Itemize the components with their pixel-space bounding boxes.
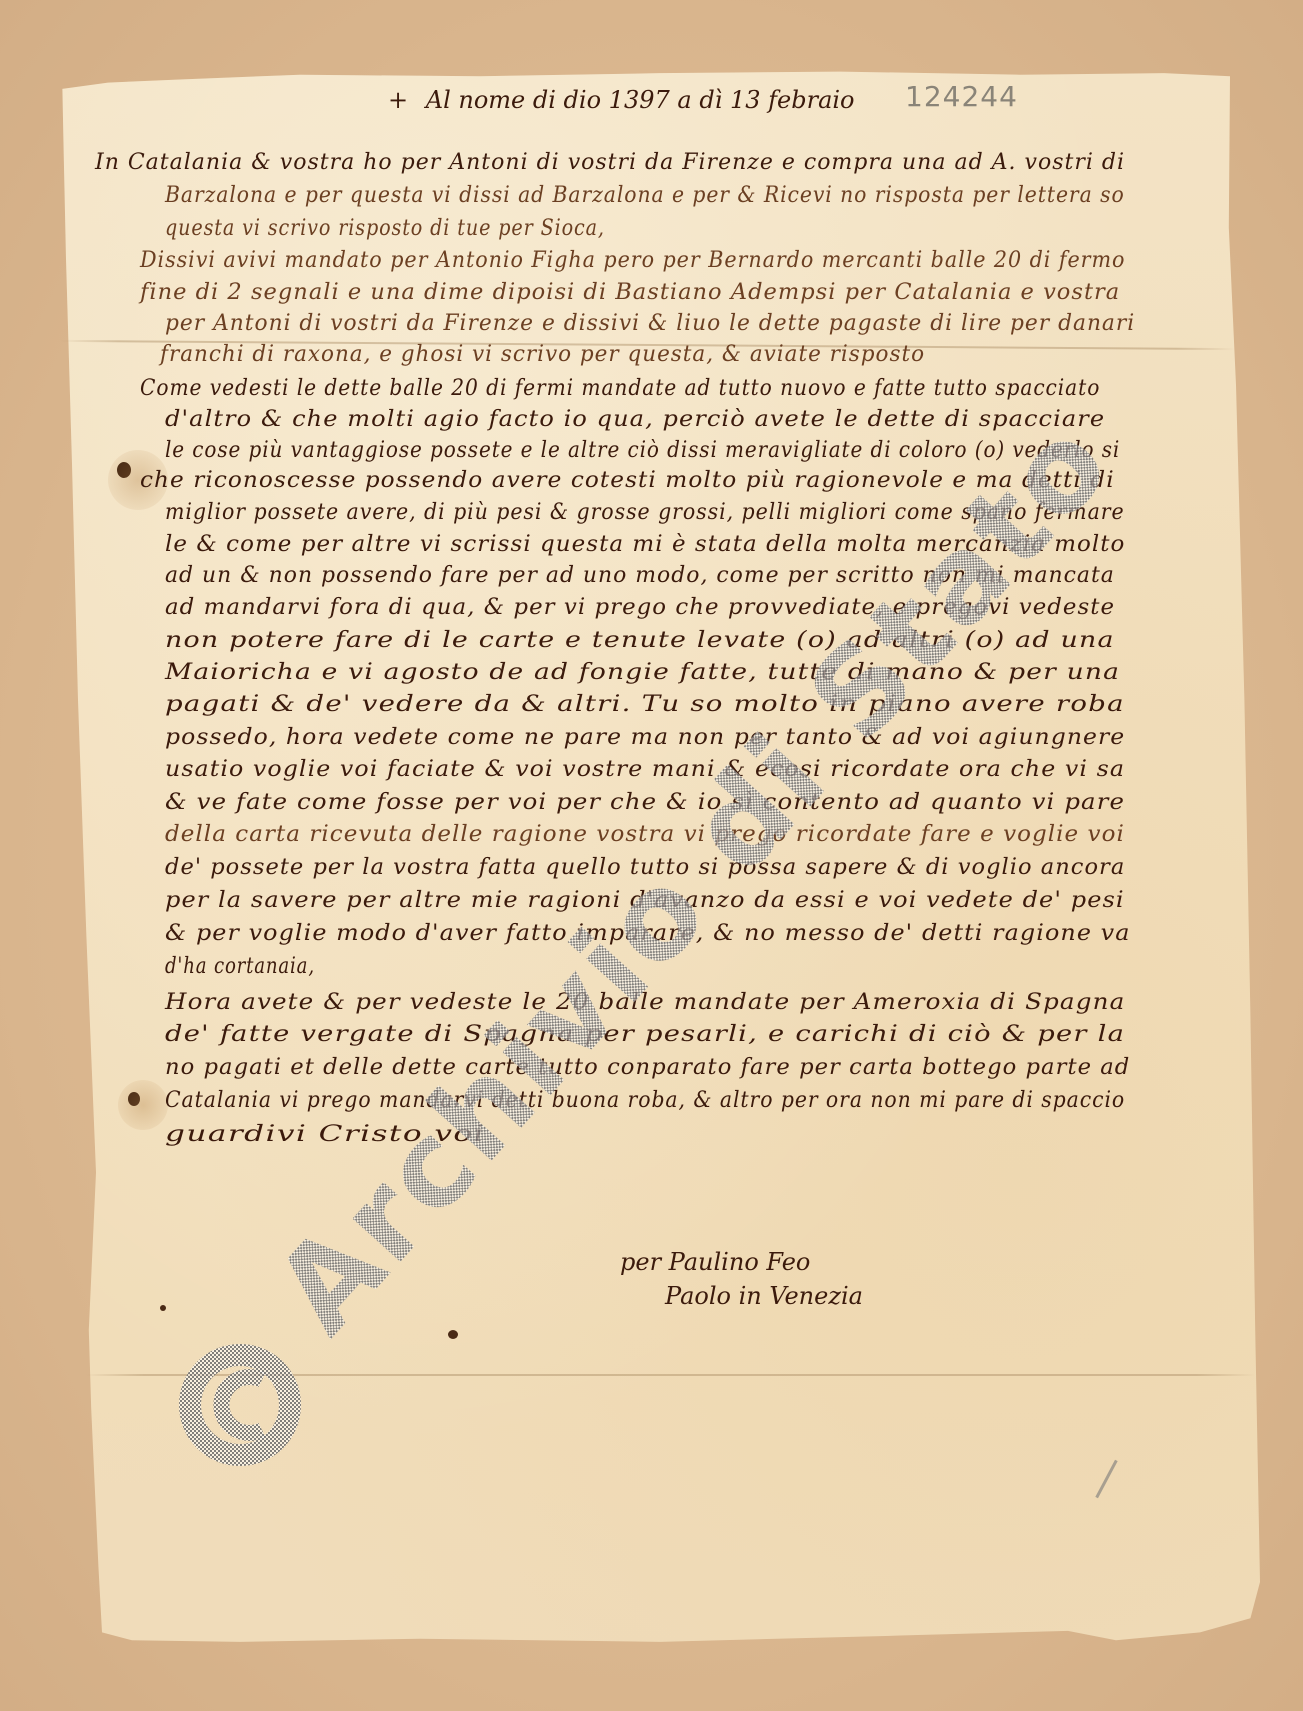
signature-line-1: per Paulino Feo	[620, 1248, 810, 1276]
letter-line: d'altro & che molti agio facto io qua, p…	[165, 407, 1105, 432]
letter-line: guardivi Cristo voi	[165, 1122, 485, 1147]
letter-line: che riconoscesse possendo avere cotesti …	[140, 468, 1115, 493]
catalog-number: 124244	[905, 80, 1018, 113]
letter-line: Barzalona e per questa vi dissi ad Barza…	[165, 183, 1125, 208]
letter-line: per Antoni di vostri da Firenze e dissiv…	[165, 311, 1135, 336]
letter-line: per la savere per altre mie ragioni d'av…	[165, 888, 1125, 913]
letter-line: & ve fate come fosse per voi per che & i…	[165, 790, 1125, 815]
letter-line: Hora avete & per vedeste le 20 balle man…	[165, 990, 1125, 1015]
ink-spot	[448, 1330, 458, 1339]
dateline: + Al nome di dio 1397 a dì 13 febraio	[388, 86, 855, 114]
cross-symbol: +	[388, 86, 408, 114]
letter-line: fine di 2 segnali e una dime dipoisi di …	[140, 280, 1120, 305]
letter-line: questa vi scrivo risposto di tue per Sio…	[165, 216, 605, 241]
letter-line: della carta ricevuta delle ragione vostr…	[165, 822, 1125, 847]
letter-line: ad mandarvi fora di qua, & per vi prego …	[165, 595, 1115, 620]
letter-line: no pagati et delle dette carte tutto con…	[165, 1055, 1130, 1080]
letter-line: de' fatte vergate di Spagna per pesarli,…	[165, 1022, 1125, 1047]
fold-line-bottom	[85, 1374, 1255, 1376]
water-stain	[118, 1080, 168, 1130]
letter-line: ad un & non possendo fare per ad uno mod…	[165, 563, 1115, 588]
letter-line: franchi di raxona, e ghosi vi scrivo per…	[160, 342, 925, 367]
letter-line: le cose più vantaggiose possete e le alt…	[165, 438, 1120, 463]
letter-line: Come vedesti le dette balle 20 di fermi …	[140, 376, 1100, 401]
letter-line: & per voglie modo d'aver fatto imparare,…	[165, 921, 1131, 946]
letter-line: Catalania vi prego mandarvi detti buona …	[165, 1088, 1125, 1113]
letter-line: usatio voglie voi faciate & voi vostre m…	[165, 757, 1125, 782]
letter-line: de' possete per la vostra fatta quello t…	[165, 855, 1125, 880]
letter-line: miglior possete avere, di più pesi & gro…	[165, 500, 1125, 525]
letter-line: pagati & de' vedere da & altri. Tu so mo…	[165, 692, 1125, 717]
letter-line: non potere fare di le carte e tenute lev…	[165, 628, 1115, 653]
letter-line: Maioricha e vi agosto de ad fongie fatte…	[165, 660, 1120, 685]
letter-line: In Catalania & vostra ho per Antoni di v…	[95, 150, 1125, 175]
ink-spot	[160, 1305, 166, 1311]
letter-line: Dissivi avivi mandato per Antonio Figha …	[140, 248, 1125, 273]
letter-line: d'ha cortanaia,	[165, 954, 315, 979]
dateline-text: Al nome di dio 1397 a dì 13 febraio	[426, 86, 855, 114]
signature-line-2: Paolo in Venezia	[665, 1282, 863, 1310]
letter-line: le & come per altre vi scrissi questa mi…	[165, 532, 1125, 557]
letter-line: possedo, hora vedete come ne pare ma non…	[165, 725, 1125, 750]
